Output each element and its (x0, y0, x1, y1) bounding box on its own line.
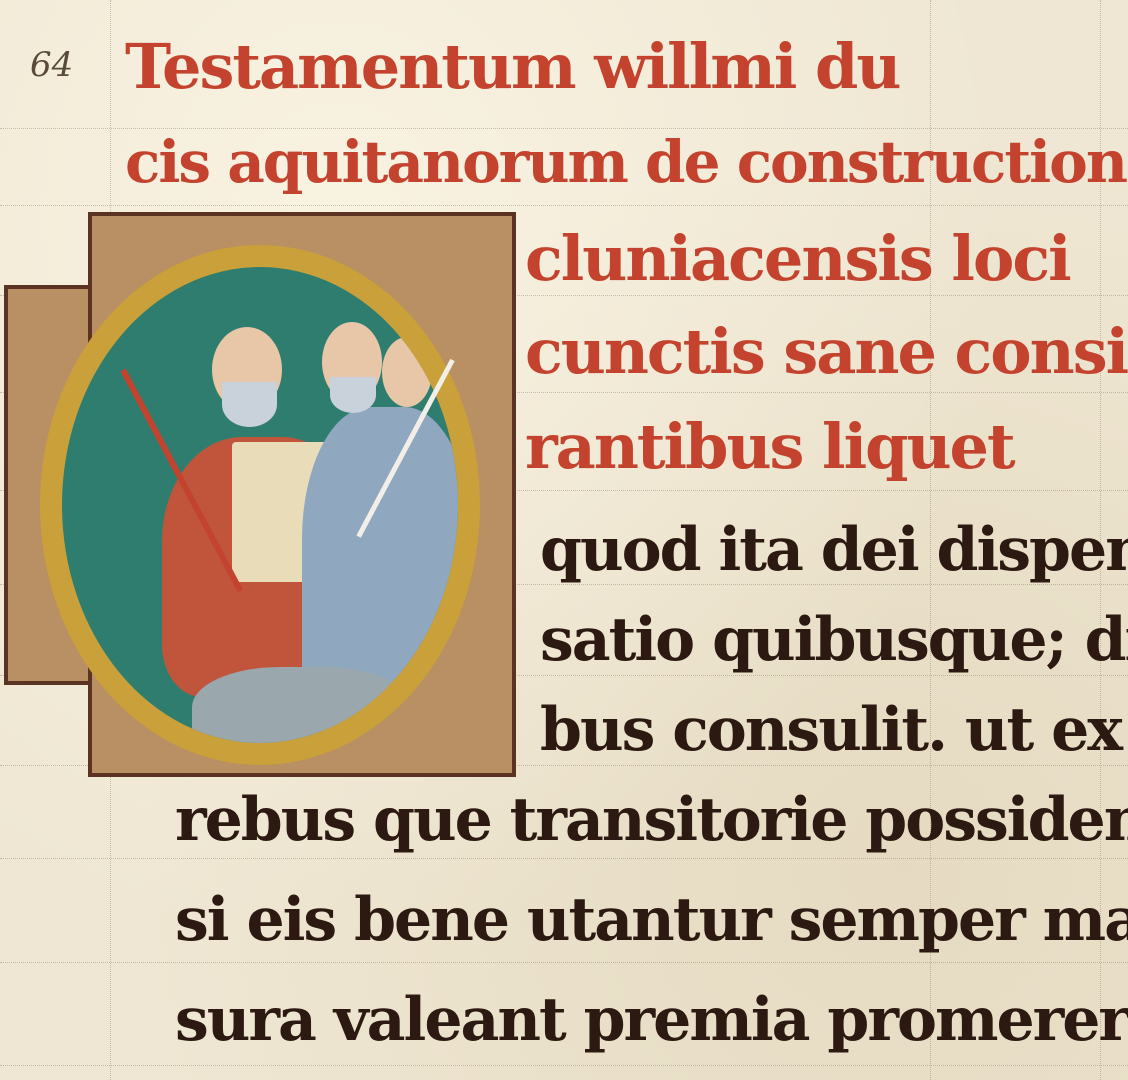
text-line: sura valeant premia promereri. (175, 985, 1128, 1055)
rubric-line: Testamentum willmi du (125, 30, 899, 103)
text-line: bus consulit. ut ex (540, 695, 1121, 765)
monk-beard (330, 377, 376, 413)
text-line: quod ita dei dispen (540, 515, 1128, 585)
rubric-line: cis aquitanorum de constructione (125, 128, 1128, 196)
second-monk-head (382, 337, 432, 407)
duke-beard (222, 382, 277, 427)
text-line: satio quibusque; dita (540, 605, 1128, 675)
rubric-line: cunctis sane conside (525, 315, 1128, 388)
initial-letter-c (40, 245, 480, 765)
rubric-line: cluniacensis loci (525, 222, 1070, 295)
text-line: si eis bene utantur semper man (175, 885, 1128, 955)
text-line: rebus que transitorie possidentur. (175, 785, 1128, 855)
folio-number: 64 (30, 45, 73, 85)
rubric-line: rantibus liquet (525, 410, 1014, 483)
